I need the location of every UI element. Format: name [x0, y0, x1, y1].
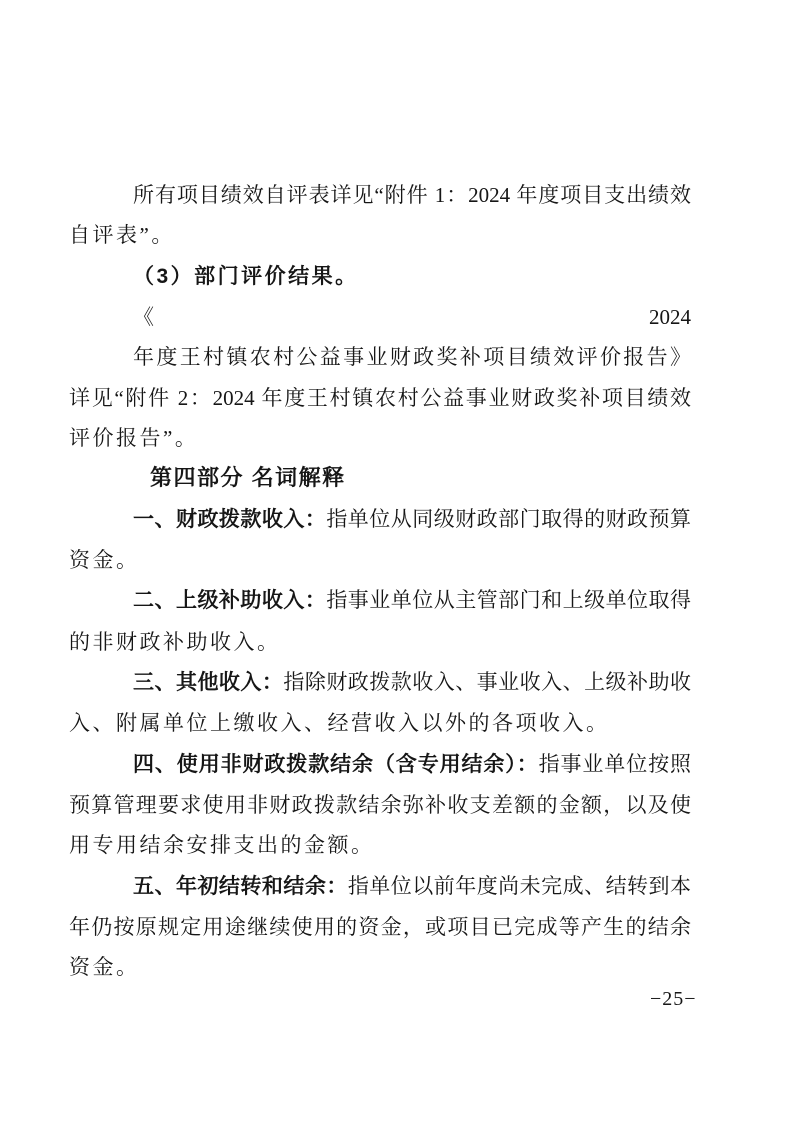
text-line: 年仍按原规定用途继续使用的资金，或项目已完成等产生的结余: [69, 907, 691, 947]
text-line: 一、财政拨款收入：指单位从同级财政部门取得的财政预算: [69, 499, 691, 540]
bold-term: 四、使用非财政拨款结余（含专用结余）：: [133, 753, 539, 776]
bold-term: 第四部分 名词解释: [150, 465, 346, 490]
bold-term: 一、财政拨款收入：: [133, 508, 326, 531]
text-run: 评价报告”。: [69, 426, 198, 450]
text-run: 指事业单位按照: [539, 752, 691, 776]
text-line: （3）部门评价结果。: [69, 256, 691, 297]
bold-term: 三、其他收入：: [133, 671, 283, 694]
text-run: 年仍按原规定用途继续使用的资金，或项目已完成等产生的结余: [69, 915, 691, 939]
text-run: 所有项目绩效自评表详见“附件 1：2024 年度项目支出绩效: [133, 183, 691, 207]
section-heading: 第四部分 名词解释: [69, 458, 691, 498]
document-page: 所有项目绩效自评表详见“附件 1：2024 年度项目支出绩效自评表”。（3）部门…: [0, 0, 793, 1122]
text-run: 指单位从同级财政部门取得的财政预算: [326, 507, 691, 531]
text-line: 四、使用非财政拨款结余（含专用结余）：指事业单位按照: [69, 744, 691, 785]
text-line: 资金。: [69, 540, 691, 580]
text-line: 的非财政补助收入。: [69, 622, 691, 662]
bold-term: （3）部门评价结果。: [133, 265, 359, 288]
text-line: 用专用结余安排支出的金额。: [69, 825, 691, 865]
text-line: 三、其他收入：指除财政拨款收入、事业收入、上级补助收: [69, 662, 691, 703]
text-run: 的非财政补助收入。: [69, 630, 281, 654]
bold-term: 五、年初结转和结余：: [133, 875, 348, 898]
bold-term: 二、上级补助收入：: [133, 589, 326, 612]
text-line: 所有项目绩效自评表详见“附件 1：2024 年度项目支出绩效: [69, 175, 691, 215]
text-line: 评价报告”。: [69, 418, 691, 458]
text-line: 详见“附件 2：2024 年度王村镇农村公益事业财政奖补项目绩效: [69, 378, 691, 418]
text-run: 自评表”。: [69, 223, 175, 247]
text-run: 入、附属单位上缴收入、经营收入以外的各项收入。: [69, 711, 610, 735]
text-line: 自评表”。: [69, 215, 691, 255]
text-line: 《2024 年度王村镇农村公益事业财政奖补项目绩效评价报告》: [69, 297, 691, 378]
text-line: 二、上级补助收入：指事业单位从主管部门和上级单位取得: [69, 580, 691, 621]
text-line: 预算管理要求使用非财政拨款结余弥补收支差额的金额，以及使: [69, 785, 691, 825]
text-run: 指除财政拨款收入、事业收入、上级补助收: [283, 670, 691, 694]
text-line: 入、附属单位上缴收入、经营收入以外的各项收入。: [69, 703, 691, 743]
text-run: 用专用结余安排支出的金额。: [69, 833, 375, 857]
document-body: 所有项目绩效自评表详见“附件 1：2024 年度项目支出绩效自评表”。（3）部门…: [69, 175, 691, 988]
text-run: 指事业单位从主管部门和上级单位取得: [326, 588, 691, 612]
page-number: −25−: [650, 988, 697, 1011]
text-run: 资金。: [69, 955, 140, 979]
text-run: 详见“附件 2：2024 年度王村镇农村公益事业财政奖补项目绩效: [69, 386, 691, 410]
text-run: 资金。: [69, 548, 140, 572]
text-run: 指单位以前年度尚未完成、结转到本: [348, 874, 691, 898]
text-line: 资金。: [69, 947, 691, 987]
text-line: 五、年初结转和结余：指单位以前年度尚未完成、结转到本: [69, 866, 691, 907]
text-run: 《2024 年度王村镇农村公益事业财政奖补项目绩效评价报告》: [133, 305, 691, 369]
text-run: 预算管理要求使用非财政拨款结余弥补收支差额的金额，以及使: [69, 793, 691, 817]
